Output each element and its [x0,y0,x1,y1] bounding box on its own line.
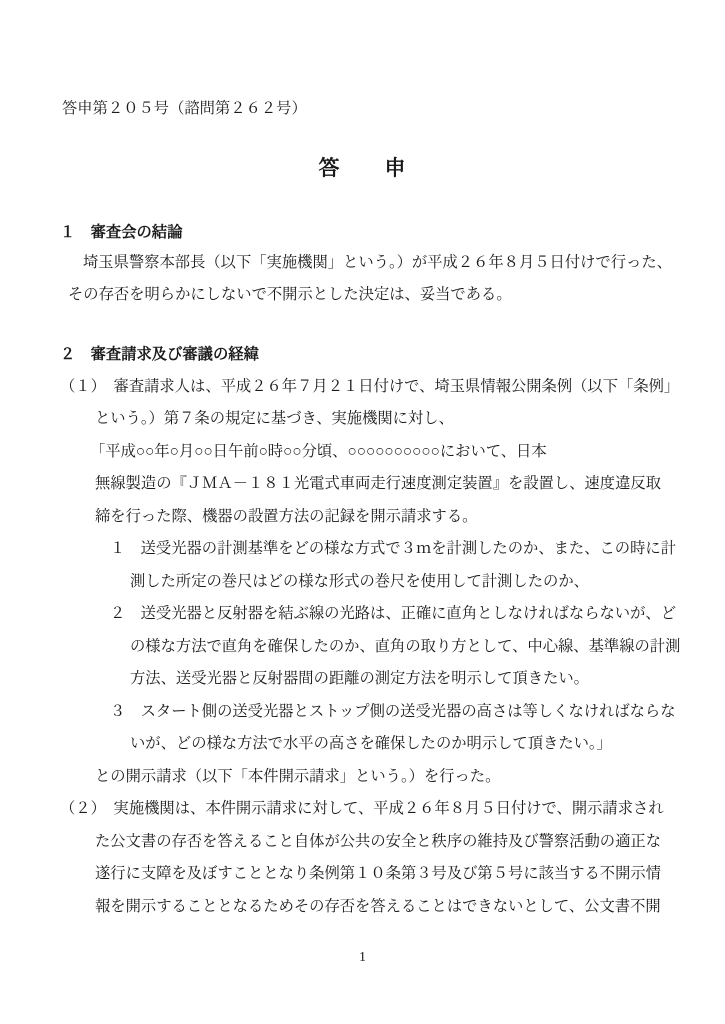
doc-number: 答申第２０５号（諮問第２６２号） [62,100,307,118]
item-1-subitem-1-line: １ 送受光器の計測基準をどの様な方式で３ｍを計測したのか、また、この時に計 [110,540,676,558]
item-1-subitem-3-line: ３ スタート側の送受光器とストップ側の送受光器の高さは等しくなければならな [110,703,676,721]
item-1-subitem-2-line: の様な方法で直角を確保したのか、直角の取り方として、中心線、基準線の計測 [130,638,680,656]
document-page: 答申第２０５号（諮問第２６２号） 答 申 １ 審査会の結論 埼玉県警察本部長（以… [0,0,725,1024]
item-1-subitem-2-line: 方法、送受光器と反射器間の距離の測定方法を明示して頂きたい。 [130,670,589,688]
item-1-line: （１） 審査請求人は、平成２６年７月２１日付けで、埼玉県情報公開条例（以下「条例… [60,378,679,396]
item-2-line: 遂行に支障を及ぼすこととなり条例第１０条第３号及び第５号に該当する不開示情 [95,865,661,883]
section-2-heading: ２ 審査請求及び審議の経緯 [60,346,259,364]
item-1-line: という。）第７条の規定に基づき、実施機関に対し、 [95,410,454,428]
section-1-line: その存否を明らかにしないで不開示とした決定は、妥当である。 [68,286,512,304]
item-1-subitem-1-line: 測した所定の巻尺はどの様な形式の巻尺を使用して計測したのか、 [130,573,589,591]
item-2-line: （２） 実施機関は、本件開示請求に対して、平成２６年８月５日付けで、開示請求され [60,800,664,818]
item-1-line: との開示請求（以下「本件開示請求」という。）を行った。 [95,768,500,786]
item-1-subitem-3-line: いが、どの様な方法で水平の高さを確保したのか明示して頂きたい。」 [130,735,612,753]
item-1-line: 締を行った際、機器の設置方法の記録を開示請求する。 [95,508,477,526]
item-1-line: 無線製造の『ＪＭＡ－１８１光電式車両走行速度測定装置』を設置し、速度違反取 [95,475,661,493]
item-2-line: 報を開示することとなるためその存否を答えることはできないとして、公文書不開 [95,898,661,916]
item-2-line: た公文書の存否を答えること自体が公共の安全と秩序の維持及び警察活動の適正な [95,833,661,851]
item-1-subitem-2-line: ２ 送受光器と反射器を結ぶ線の光路は、正確に直角としなければならないが、ど [110,605,676,623]
document-title: 答 申 [0,152,725,182]
section-1-heading: １ 審査会の結論 [60,224,182,242]
section-1-line: 埼玉県警察本部長（以下「実施機関」という。）が平成２６年８月５日付けで行った、 [83,254,672,272]
page-number: 1 [0,950,725,966]
item-1-line: 「平成○○年○月○○日午前○時○○分頃、○○○○○○○○○○において、日本 [90,443,547,461]
